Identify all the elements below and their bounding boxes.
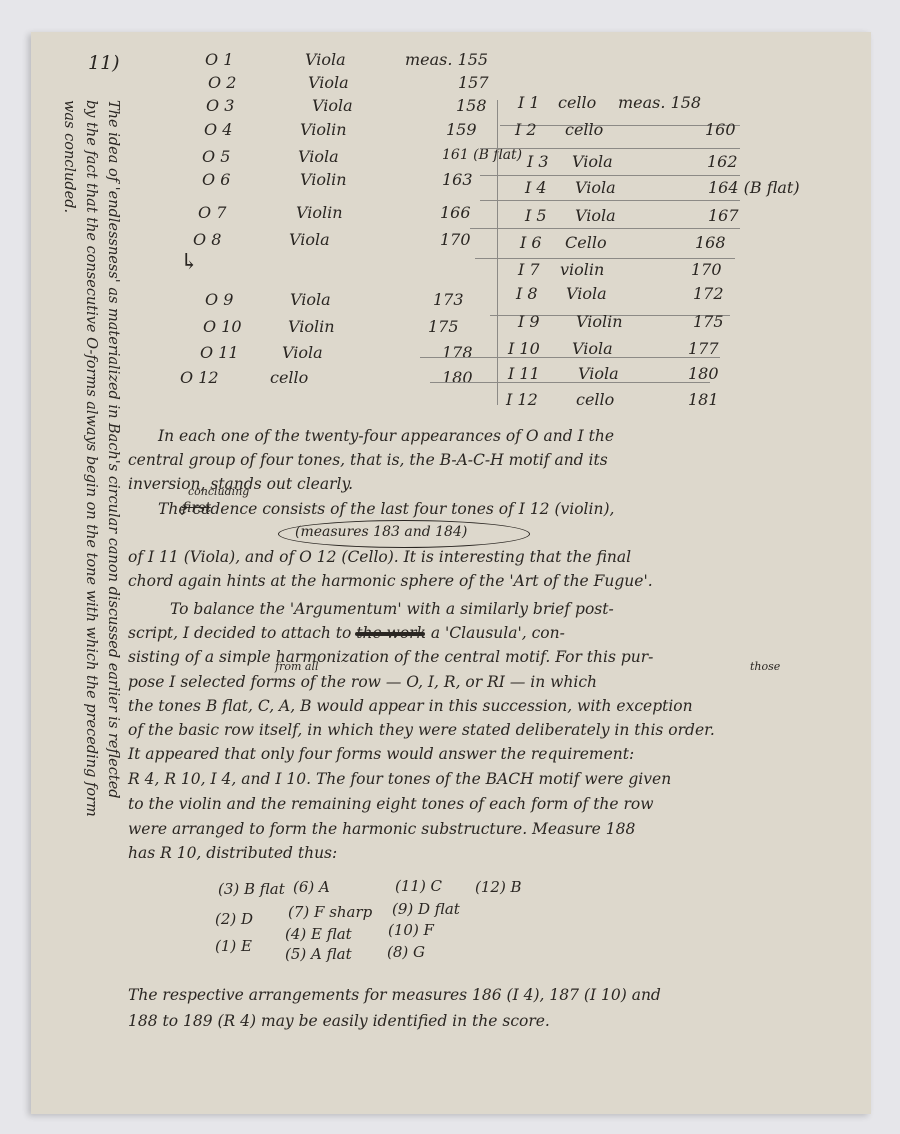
page-number: 11)	[88, 52, 120, 74]
insertion-those: those	[750, 660, 780, 673]
pencil-line	[475, 258, 735, 259]
pencil-vertical-line	[497, 100, 498, 405]
tone-label: (8) G	[387, 943, 425, 961]
tone-label: (12) B	[475, 878, 522, 896]
text-line: script, I decided to attach to the work …	[128, 621, 565, 646]
margin-note-line: The idea of 'endlessness' as materialize…	[102, 100, 124, 1080]
tone-label: (5) A flat	[285, 945, 352, 963]
tone-label: (2) D	[215, 910, 253, 928]
tone-label: (10) F	[388, 921, 434, 939]
text-line: pose I selected forms of the row — O, I,…	[128, 670, 597, 695]
pencil-line	[420, 357, 720, 358]
pencil-line	[480, 200, 740, 201]
text-line: To balance the 'Argumentum' with a simil…	[170, 597, 614, 622]
tone-label: (7) F sharp	[288, 903, 372, 921]
arrow-icon: ↳	[180, 250, 198, 275]
text-line: 188 to 189 (R 4) may be easily identifie…	[128, 1009, 550, 1034]
text-line: It appeared that only four forms would a…	[128, 742, 634, 767]
text-line: to the violin and the remaining eight to…	[128, 792, 654, 817]
tone-label: (4) E flat	[285, 925, 352, 943]
text-line: central group of four tones, that is, th…	[128, 448, 608, 473]
tone-label: (6) A	[293, 878, 330, 896]
text-line: In each one of the twenty-four appearanc…	[158, 424, 614, 449]
text-line: of the basic row itself, in which they w…	[128, 718, 715, 743]
pencil-line	[480, 148, 740, 149]
tone-label: (9) D flat	[392, 900, 460, 918]
pencil-line	[430, 382, 710, 383]
pencil-line	[480, 175, 740, 176]
text-line: has R 10, distributed thus:	[128, 841, 337, 866]
text-line: (measures 183 and 184)	[295, 520, 467, 545]
text-line: chord again hints at the harmonic sphere…	[128, 569, 653, 594]
text-line: The respective arrangements for measures…	[128, 983, 661, 1008]
margin-note: The idea of 'endlessness' as materialize…	[58, 100, 124, 1080]
tone-label: (11) C	[395, 877, 442, 895]
scribbled-out-word	[355, 632, 425, 636]
tone-label: (1) E	[215, 937, 252, 955]
text-line: of I 11 (Viola), and of O 12 (Cello). It…	[128, 545, 631, 570]
text-line: The cadence consists of the last four to…	[158, 497, 614, 522]
text-line: R 4, R 10, I 4, and I 10. The four tones…	[128, 767, 671, 792]
margin-note-line: by the fact that the consecutive O-forms…	[80, 100, 102, 1080]
margin-note-line: was concluded.	[58, 100, 80, 1080]
text-line: were arranged to form the harmonic subst…	[128, 817, 635, 842]
tone-label: (3) B flat	[218, 880, 285, 898]
pencil-line	[470, 228, 740, 229]
text-line: sisting of a simple harmonization of the…	[128, 645, 653, 670]
text-line: the tones B flat, C, A, B would appear i…	[128, 694, 693, 719]
